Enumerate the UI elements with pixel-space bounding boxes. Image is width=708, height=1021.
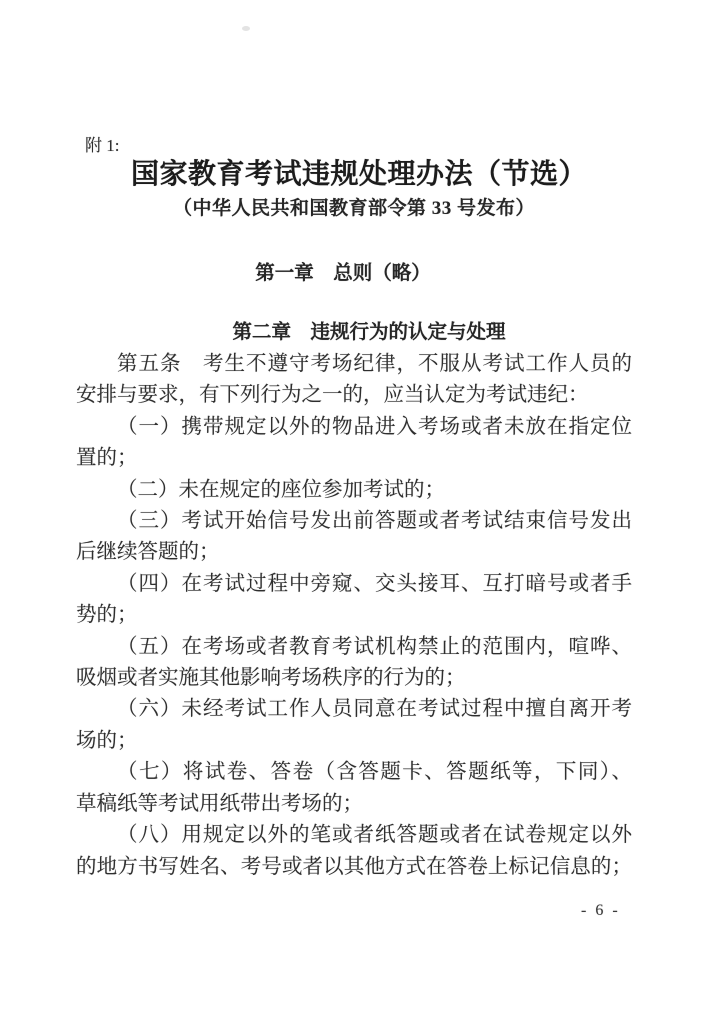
body-line-8: （四）在考试过程中旁窥、交头接耳、互打暗号或者手 <box>76 569 632 600</box>
chapter-1-heading: 第一章 总则（略） <box>65 260 621 287</box>
document-title: 国家教育考试违规处理办法（节选） <box>81 157 637 193</box>
document-body: 第五条 考生不遵守考场纪律，不服从考试工作人员的 安排与要求，有下列行为之一的，… <box>76 349 632 883</box>
body-line-1: 第五条 考生不遵守考场纪律，不服从考试工作人员的 <box>76 349 632 380</box>
body-line-15: 草稿纸等考试用纸带出考场的； <box>76 789 632 820</box>
chapter-2-heading: 第二章 违规行为的认定与处理 <box>91 319 647 346</box>
body-line-10: （五）在考场或者教育考试机构禁止的范围内，喧哗、 <box>76 632 632 663</box>
body-line-14: （七）将试卷、答卷（含答题卡、答题纸等，下同）、 <box>76 757 632 788</box>
body-line-9: 势的； <box>76 600 632 631</box>
body-line-2: 安排与要求，有下列行为之一的，应当认定为考试违纪： <box>76 380 632 411</box>
body-line-3: （一）携带规定以外的物品进入考场或者未放在指定位 <box>76 412 632 443</box>
body-line-11: 吸烟或者实施其他影响考场秩序的行为的； <box>76 663 632 694</box>
body-line-7: 后继续答题的； <box>76 537 632 568</box>
scanned-document-page: 附 1: 国家教育考试违规处理办法（节选） （中华人民共和国教育部令第 33 号… <box>0 0 708 1021</box>
attachment-label: 附 1: <box>85 135 119 157</box>
scan-artifact <box>242 26 250 31</box>
body-line-13: 场的； <box>76 726 632 757</box>
body-line-12: （六）未经考试工作人员同意在考试过程中擅自离开考 <box>76 694 632 725</box>
document-subtitle: （中华人民共和国教育部令第 33 号发布） <box>76 196 632 222</box>
page-number: - 6 - <box>581 902 620 920</box>
body-line-17: 的地方书写姓名、考号或者以其他方式在答卷上标记信息的； <box>76 852 632 883</box>
body-line-6: （三）考试开始信号发出前答题或者考试结束信号发出 <box>76 506 632 537</box>
body-line-4: 置的； <box>76 443 632 474</box>
body-line-5: （二）未在规定的座位参加考试的； <box>76 475 632 506</box>
body-line-16: （八）用规定以外的笔或者纸答题或者在试卷规定以外 <box>76 820 632 851</box>
